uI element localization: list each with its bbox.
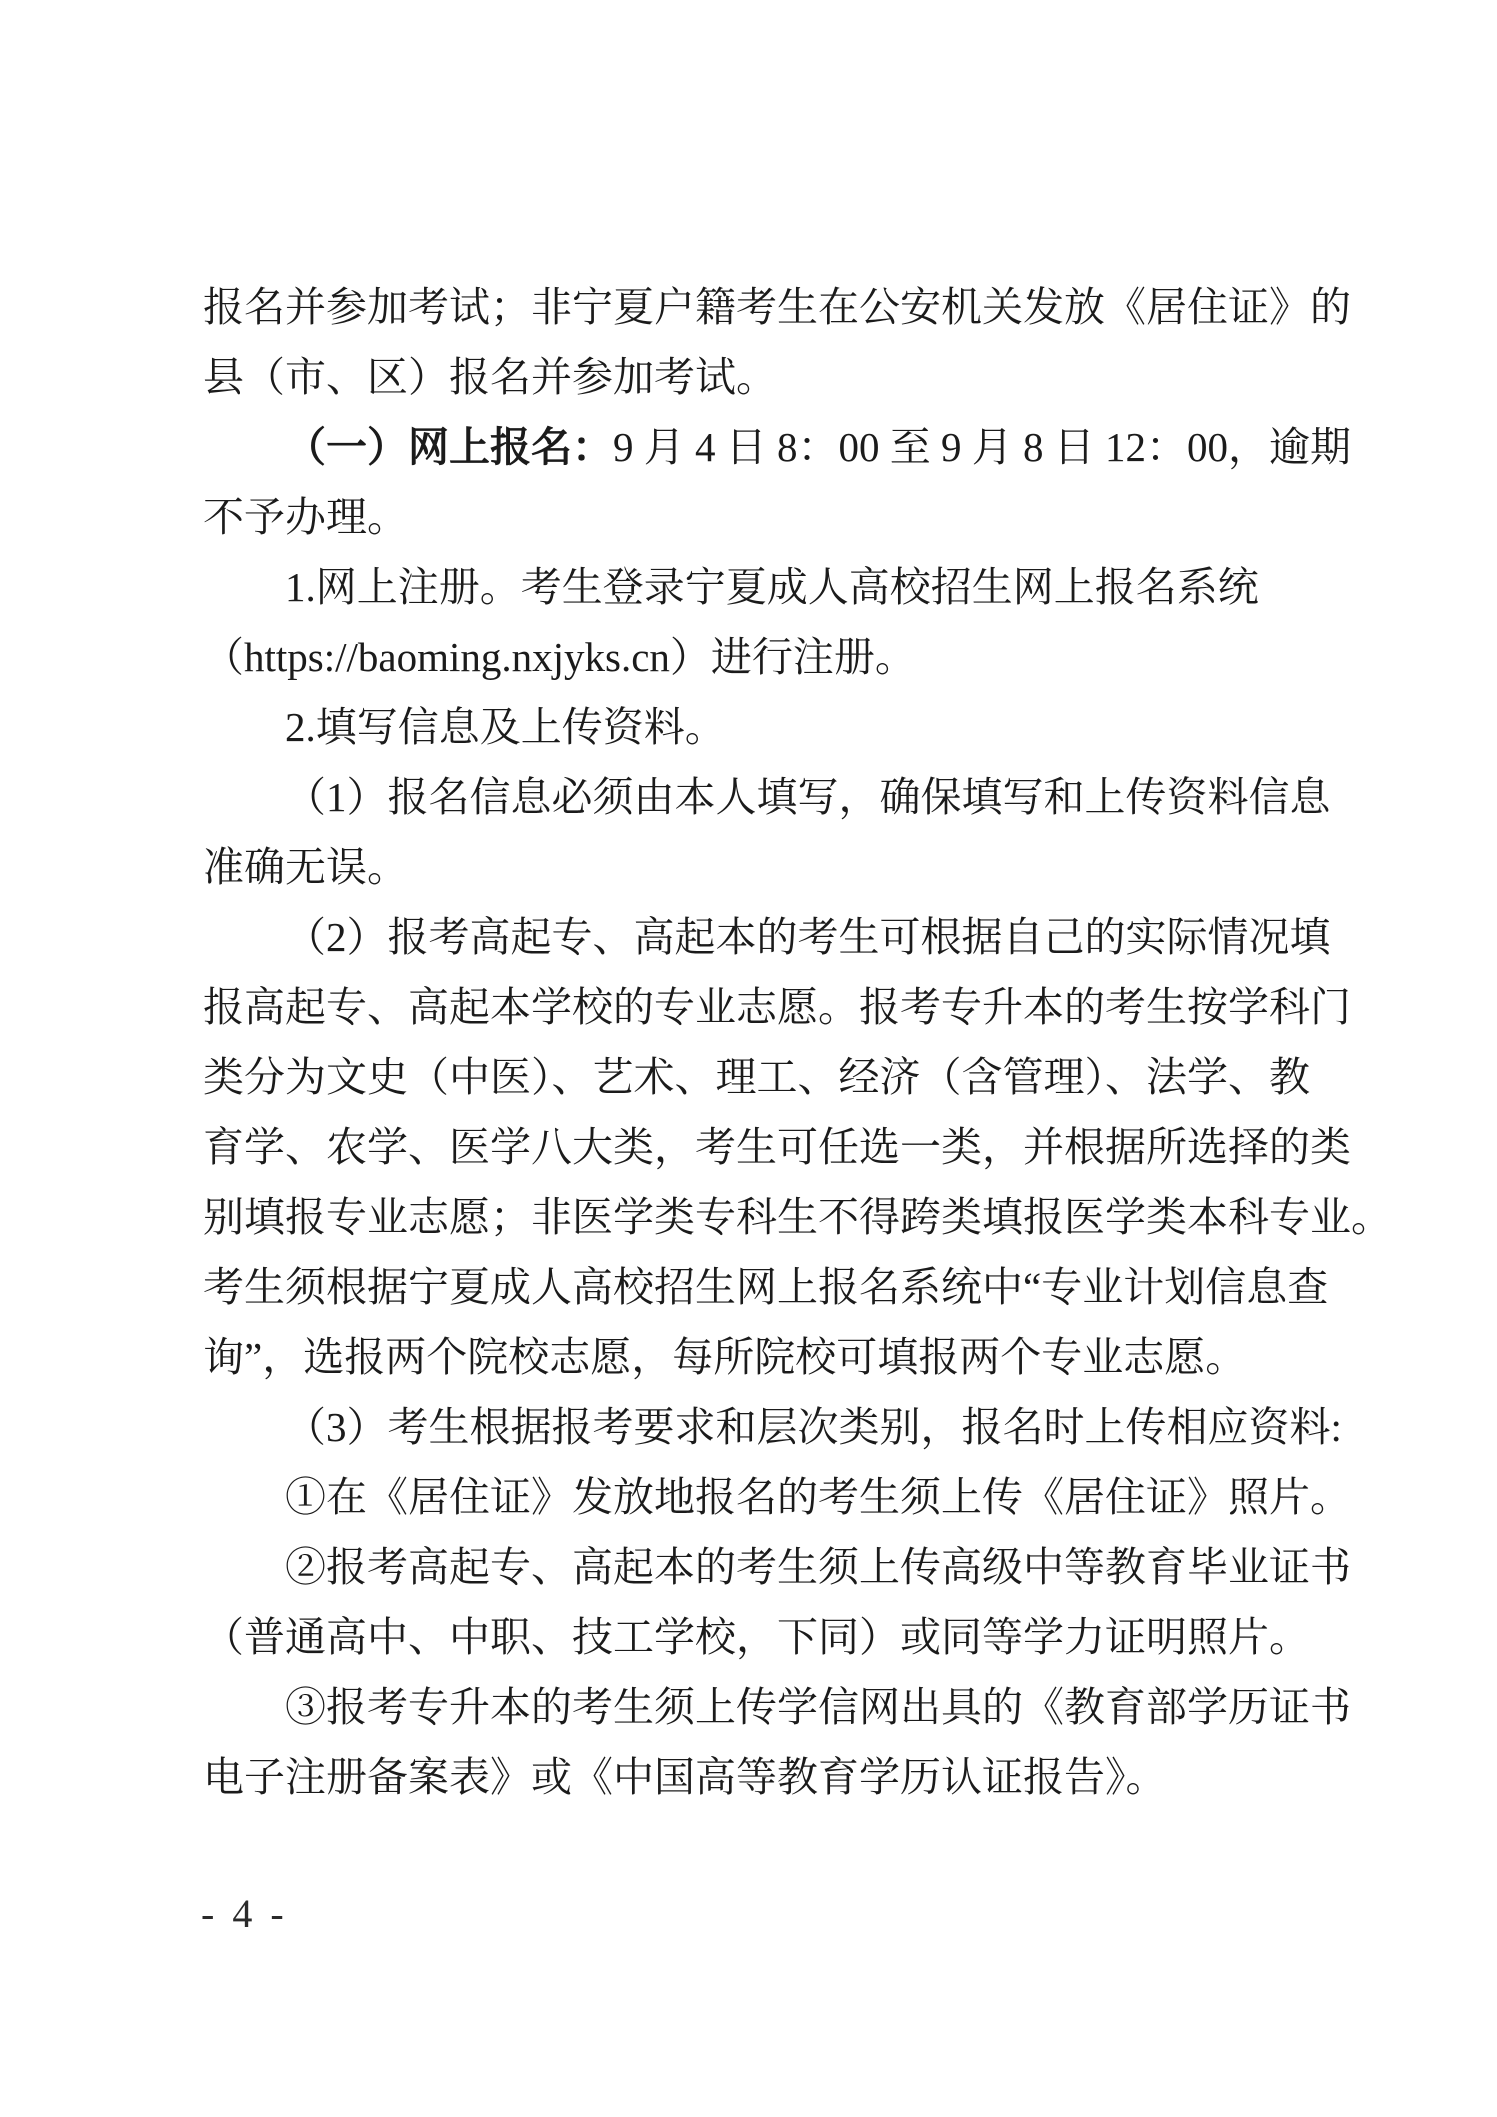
- text-run: 育学、农学、医学八大类，考生可任选一类，并根据所选择的类: [203, 1124, 1351, 1170]
- section-heading: （一）网上报名：: [285, 424, 613, 470]
- text-line: 报名并参加考试；非宁夏户籍考生在公安机关发放《居住证》的: [203, 272, 1368, 342]
- text-line: 询”，选报两个院校志愿，每所院校可填报两个专业志愿。: [203, 1322, 1368, 1392]
- text-line: （https://baoming.nxjyks.cn）进行注册。: [203, 622, 1368, 692]
- text-run: 询”，选报两个院校志愿，每所院校可填报两个专业志愿。: [203, 1334, 1246, 1380]
- text-run: （3）考生根据报考要求和层次类别，报名时上传相应资料:: [285, 1404, 1342, 1450]
- text-run: 1.网上注册。考生登录宁夏成人高校招生网上报名系统: [285, 564, 1259, 610]
- text-run: 县（市、区）报名并参加考试。: [203, 354, 777, 400]
- text-run: 不予办理。: [203, 494, 408, 540]
- text-line: 报高起专、高起本学校的专业志愿。报考专升本的考生按学科门: [203, 972, 1368, 1042]
- text-line: （普通高中、中职、技工学校，下同）或同等学力证明照片。: [203, 1602, 1368, 1672]
- text-run: 报高起专、高起本学校的专业志愿。报考专升本的考生按学科门: [203, 984, 1351, 1030]
- text-run: （普通高中、中职、技工学校，下同）或同等学力证明照片。: [203, 1614, 1310, 1660]
- text-run: 准确无误。: [203, 844, 408, 890]
- text-line: 2.填写信息及上传资料。: [203, 692, 1368, 762]
- text-line: 不予办理。: [203, 482, 1368, 552]
- text-line: 类分为文史（中医）、艺术、理工、经济（含管理）、法学、教: [203, 1042, 1368, 1112]
- text-line: 电子注册备案表》或《中国高等教育学历认证报告》。: [203, 1742, 1368, 1812]
- text-run: 类分为文史（中医）、艺术、理工、经济（含管理）、法学、教: [203, 1054, 1310, 1100]
- document-page: 报名并参加考试；非宁夏户籍考生在公安机关发放《居住证》的县（市、区）报名并参加考…: [0, 0, 1497, 2117]
- text-line: （3）考生根据报考要求和层次类别，报名时上传相应资料:: [203, 1392, 1368, 1462]
- text-line: （1）报名信息必须由本人填写，确保填写和上传资料信息: [203, 762, 1368, 832]
- text-line: 育学、农学、医学八大类，考生可任选一类，并根据所选择的类: [203, 1112, 1368, 1182]
- text-line: ①在《居住证》发放地报名的考生须上传《居住证》照片。: [203, 1462, 1368, 1532]
- text-run: 别填报专业志愿；非医学类专科生不得跨类填报医学类本科专业。: [203, 1194, 1392, 1240]
- text-line: ②报考高起专、高起本的考生须上传高级中等教育毕业证书: [203, 1532, 1368, 1602]
- text-run: （2）报考高起专、高起本的考生可根据自己的实际情况填: [285, 914, 1331, 960]
- text-run: 考生须根据宁夏成人高校招生网上报名系统中“专业计划信息查: [203, 1264, 1328, 1310]
- text-run: （https://baoming.nxjyks.cn）进行注册。: [203, 634, 916, 680]
- text-run: 电子注册备案表》或《中国高等教育学历认证报告》。: [203, 1754, 1167, 1800]
- text-run: ②报考高起专、高起本的考生须上传高级中等教育毕业证书: [285, 1544, 1351, 1590]
- text-line: （2）报考高起专、高起本的考生可根据自己的实际情况填: [203, 902, 1368, 972]
- text-line: ③报考专升本的考生须上传学信网出具的《教育部学历证书: [203, 1672, 1368, 1742]
- text-run: 报名并参加考试；非宁夏户籍考生在公安机关发放《居住证》的: [203, 284, 1351, 330]
- text-line: 准确无误。: [203, 832, 1368, 902]
- text-line: （一）网上报名：9 月 4 日 8：00 至 9 月 8 日 12：00，逾期: [203, 412, 1368, 482]
- text-run: 9 月 4 日 8：00 至 9 月 8 日 12：00，逾期: [613, 424, 1351, 470]
- text-line: 1.网上注册。考生登录宁夏成人高校招生网上报名系统: [203, 552, 1368, 622]
- text-run: 2.填写信息及上传资料。: [285, 704, 726, 750]
- text-run: ③报考专升本的考生须上传学信网出具的《教育部学历证书: [285, 1684, 1351, 1730]
- page-number: - 4 -: [201, 1890, 288, 1938]
- text-line: 县（市、区）报名并参加考试。: [203, 342, 1368, 412]
- text-run: ①在《居住证》发放地报名的考生须上传《居住证》照片。: [285, 1474, 1351, 1520]
- text-line: 考生须根据宁夏成人高校招生网上报名系统中“专业计划信息查: [203, 1252, 1368, 1322]
- document-body: 报名并参加考试；非宁夏户籍考生在公安机关发放《居住证》的县（市、区）报名并参加考…: [203, 272, 1368, 1812]
- text-run: （1）报名信息必须由本人填写，确保填写和上传资料信息: [285, 774, 1331, 820]
- text-line: 别填报专业志愿；非医学类专科生不得跨类填报医学类本科专业。: [203, 1182, 1368, 1252]
